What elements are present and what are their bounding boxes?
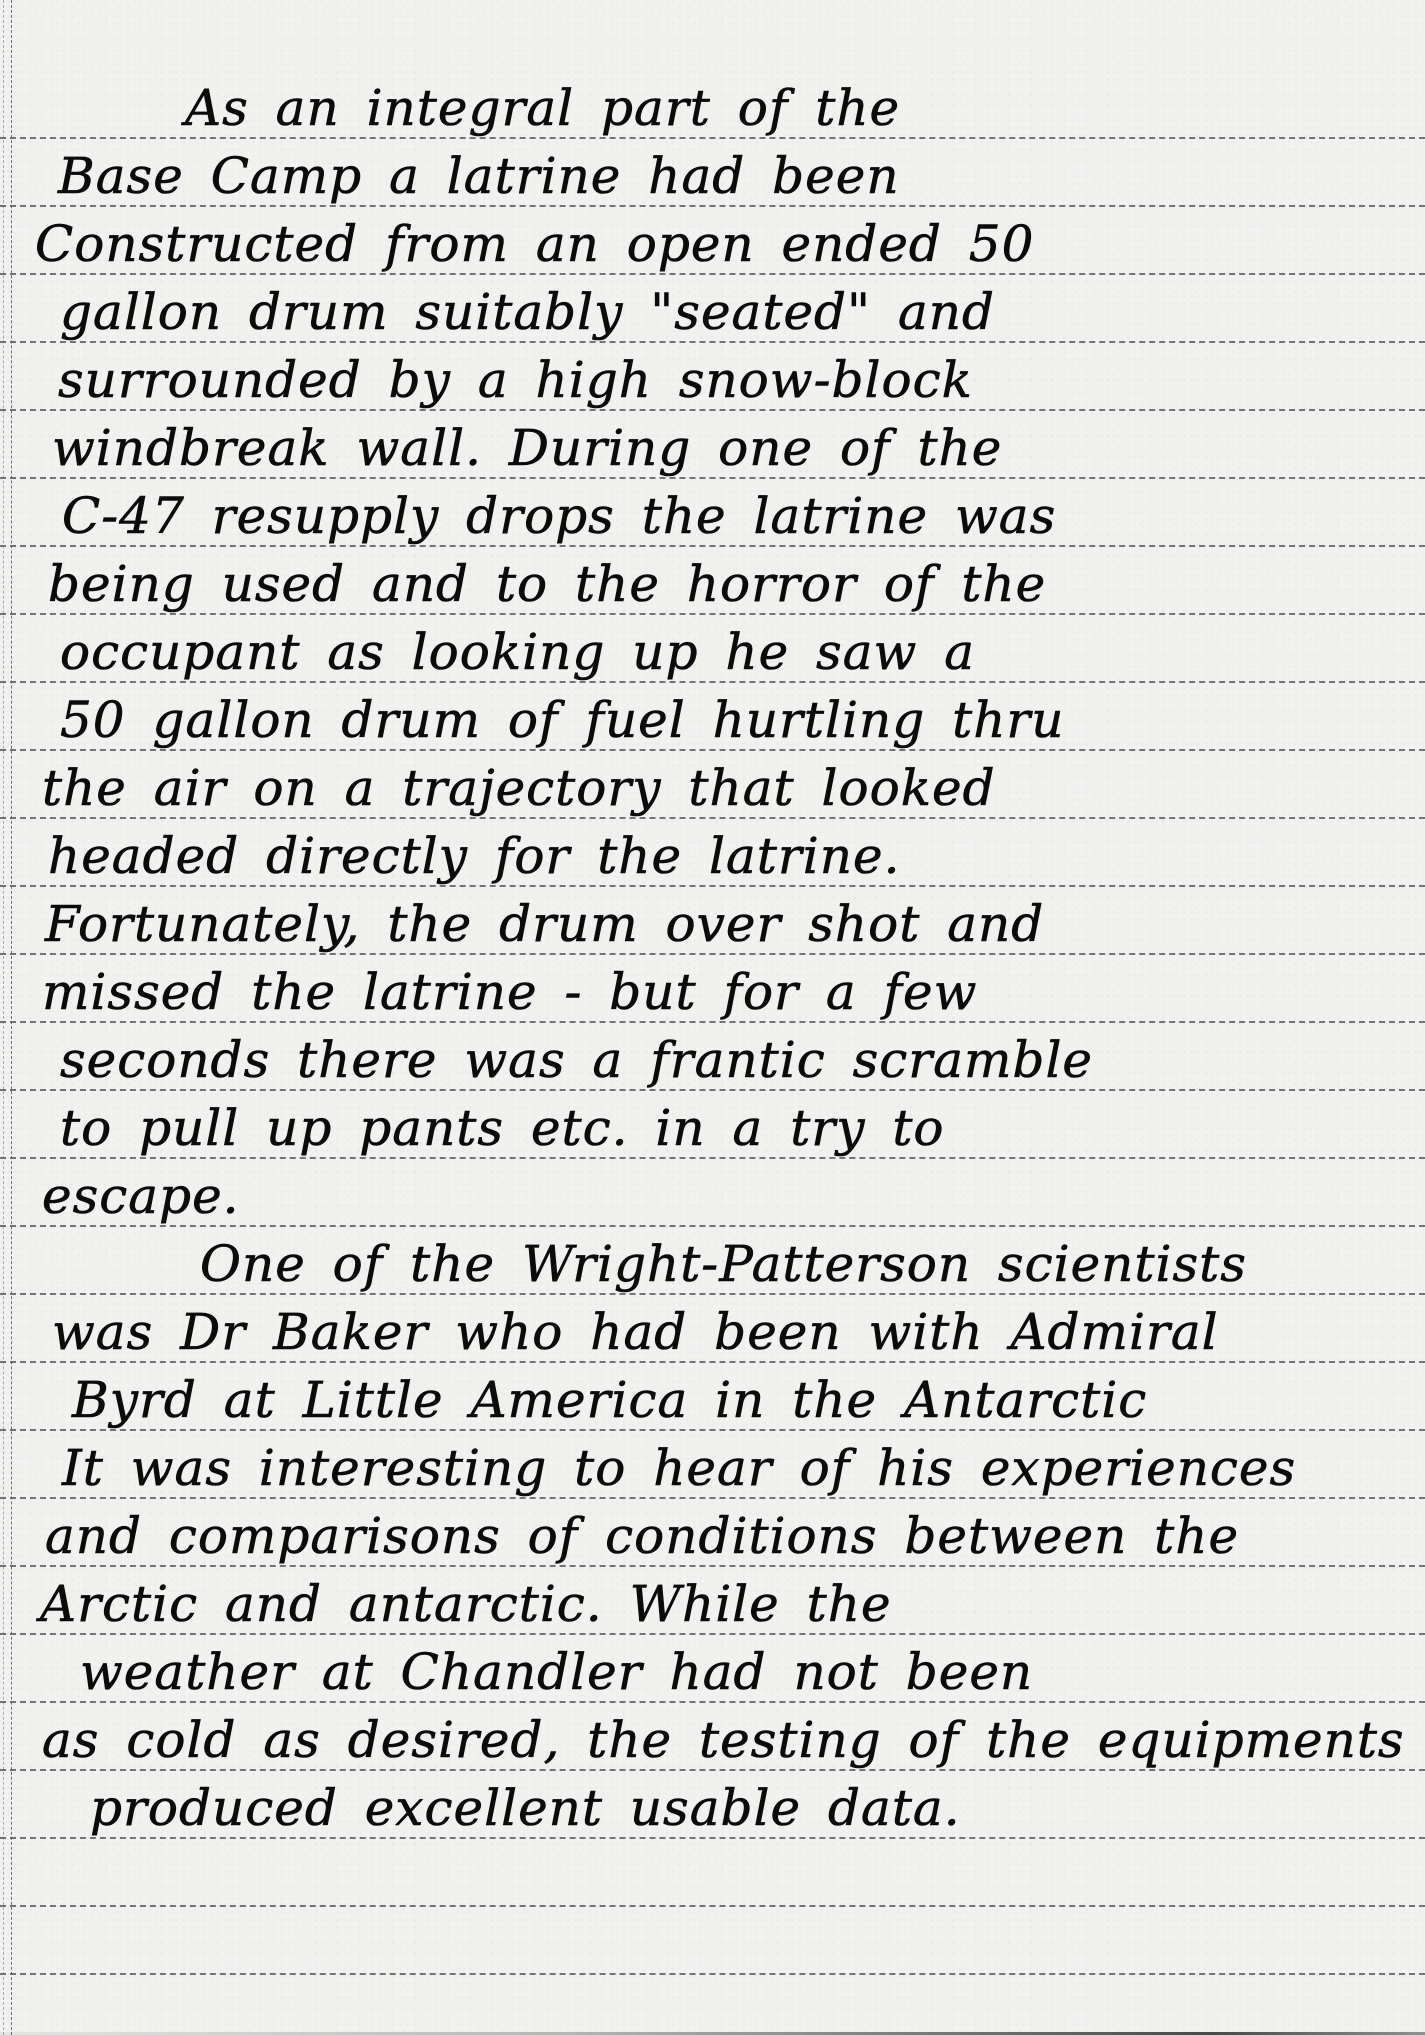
handwritten-line: As an integral part of the [0,69,1425,137]
handwritten-line: 50 gallon drum of fuel hurtling thru [0,681,1425,749]
line-text: windbreak wall. During one of the [52,423,1002,473]
line-text: to pull up pants etc. in a try to [60,1103,945,1153]
handwritten-line: as cold as desired, the testing of the e… [0,1701,1425,1769]
line-text: 50 gallon drum of fuel hurtling thru [60,695,1065,745]
line-text: missed the latrine - but for a few [42,967,977,1017]
line-text: being used and to the horror of the [48,559,1046,609]
ruled-line [0,1905,1425,1907]
handwritten-line: windbreak wall. During one of the [0,409,1425,477]
line-text: Byrd at Little America in the Antarctic [72,1375,1147,1425]
line-text: occupant as looking up he saw a [60,627,975,677]
line-text: headed directly for the latrine. [48,831,900,881]
handwritten-line: surrounded by a high snow-block [0,341,1425,409]
line-text: seconds there was a frantic scramble [60,1035,1093,1085]
handwritten-line: Base Camp a latrine had been [0,137,1425,205]
handwritten-line: gallon drum suitably "seated" and [0,273,1425,341]
line-text: gallon drum suitably "seated" and [60,287,995,337]
line-text: the air on a trajectory that looked [42,763,996,813]
line-text: Arctic and antarctic. While the [40,1579,892,1629]
line-text: One of the Wright-Patterson scientists [200,1239,1247,1289]
handwritten-line: C-47 resupply drops the latrine was [0,477,1425,545]
line-text: produced excellent usable data. [90,1783,961,1833]
line-text: Base Camp a latrine had been [58,151,900,201]
handwritten-line: weather at Chandler had not been [0,1633,1425,1701]
ruled-line [0,1973,1425,1975]
handwritten-page: As an integral part of theBase Camp a la… [0,0,1425,2035]
line-text: surrounded by a high snow-block [58,355,973,405]
handwritten-line: Byrd at Little America in the Antarctic [0,1361,1425,1429]
handwritten-line: Arctic and antarctic. While the [0,1565,1425,1633]
line-text: C-47 resupply drops the latrine was [62,491,1056,541]
line-text: as cold as desired, the testing of the e… [42,1715,1405,1765]
handwritten-line: and comparisons of conditions between th… [0,1497,1425,1565]
handwritten-line: missed the latrine - but for a few [0,953,1425,1021]
handwritten-line: escape. [0,1157,1425,1225]
line-text: escape. [42,1171,240,1221]
ruled-line [0,1837,1425,1839]
handwritten-line: headed directly for the latrine. [0,817,1425,885]
line-text: Constructed from an open ended 50 [35,219,1034,269]
handwritten-line: It was interesting to hear of his experi… [0,1429,1425,1497]
line-text: Fortunately, the drum over shot and [45,899,1044,949]
line-text: As an integral part of the [185,83,900,133]
line-text: weather at Chandler had not been [80,1647,1033,1697]
handwritten-line: occupant as looking up he saw a [0,613,1425,681]
handwritten-line: seconds there was a frantic scramble [0,1021,1425,1089]
handwritten-line: to pull up pants etc. in a try to [0,1089,1425,1157]
handwritten-line: Constructed from an open ended 50 [0,205,1425,273]
handwritten-line: produced excellent usable data. [0,1769,1425,1837]
line-text: and comparisons of conditions between th… [45,1511,1239,1561]
handwritten-line: was Dr Baker who had been with Admiral [0,1293,1425,1361]
handwritten-line: Fortunately, the drum over shot and [0,885,1425,953]
line-text: It was interesting to hear of his experi… [62,1443,1296,1493]
line-text: was Dr Baker who had been with Admiral [52,1307,1219,1357]
handwritten-line: being used and to the horror of the [0,545,1425,613]
handwritten-line: the air on a trajectory that looked [0,749,1425,817]
handwritten-line: One of the Wright-Patterson scientists [0,1225,1425,1293]
